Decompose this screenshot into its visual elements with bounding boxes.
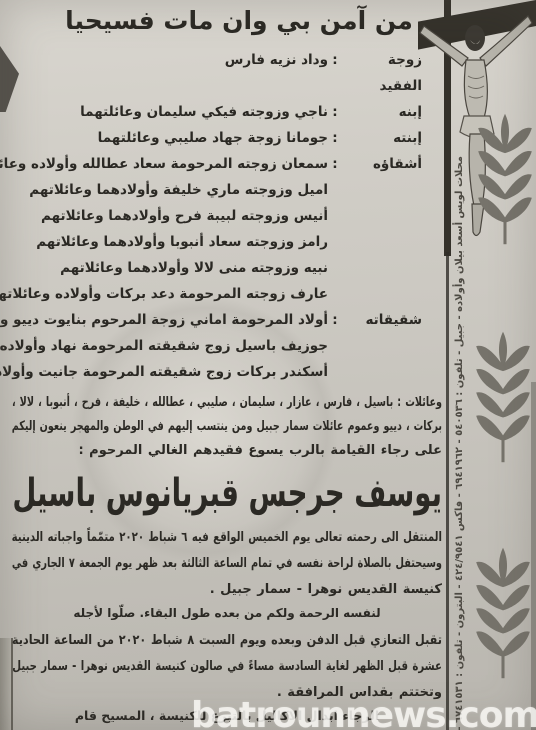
- relative-row: أشقاؤه:سمعان زوجته المرحومة سعاد عطالله …: [12, 151, 422, 177]
- families-paragraph: وعائلات : باسيل ، فارس ، عازار ، سليمان …: [12, 391, 442, 463]
- relative-names: اميل وزوجته ماري خليفة وأولادهما وعائلات…: [12, 177, 328, 203]
- relation-label: [342, 255, 422, 281]
- printer-credit: محلات لويس أسعد بيلان وأولاده - جبيل - ت…: [452, 156, 468, 730]
- relative-names: جوزيف باسيل زوج شقيقته المرحومة نهاد وأو…: [0, 333, 328, 359]
- wheat-ornament-icon: [474, 330, 532, 464]
- relative-row: اميل وزوجته ماري خليفة وأولادهما وعائلات…: [12, 177, 422, 203]
- colon: :: [328, 307, 342, 333]
- families-line: على رجاء القيامة بالرب يسوع فقيدهم الغال…: [12, 439, 442, 463]
- relation-label: إبنته: [342, 125, 422, 151]
- relative-row: زوجة الفقيد:وداد نزيه فارس: [12, 47, 422, 99]
- relation-label: [342, 229, 422, 255]
- watermark: batrounnews.com: [191, 695, 536, 730]
- relative-names: عارف زوجته المرحومة دعد بركات وأولاده وع…: [0, 281, 328, 307]
- colon: [328, 281, 342, 307]
- relative-row: إبنته:جومانا زوجة جهاد صليبي وعائلتهما: [12, 125, 422, 151]
- relative-names: سمعان زوجته المرحومة سعاد عطالله وأولاده…: [0, 151, 328, 177]
- relative-row: أنيس وزوجته لبيبة فرح وأولادهما وعائلاته…: [12, 203, 422, 229]
- colon: :: [328, 151, 342, 177]
- families-line: وعائلات : باسيل ، فارس ، عازار ، سليمان …: [124, 391, 442, 415]
- colon: [328, 177, 342, 203]
- relative-names: أسكندر بركات زوج شقيقته المرحومة جانيت و…: [0, 359, 328, 385]
- relative-names: نبيه وزوجته منى لالا وأولادهما وعائلاتهم: [12, 255, 328, 281]
- relation-label: شقيقاته: [342, 307, 422, 333]
- colon: [328, 333, 342, 359]
- relation-label: [342, 281, 422, 307]
- funeral-paragraph: المنتقل الى رحمته تعالى يوم الخميس الواق…: [12, 525, 442, 603]
- relation-label: إبنه: [342, 99, 422, 125]
- relative-names: أنيس وزوجته لبيبة فرح وأولادهما وعائلاته…: [12, 203, 328, 229]
- relation-label: زوجة الفقيد: [342, 47, 422, 99]
- relative-row: أسكندر بركات زوج شقيقته المرحومة جانيت و…: [12, 359, 422, 385]
- colon: [328, 203, 342, 229]
- relative-names: جومانا زوجة جهاد صليبي وعائلتهما: [12, 125, 328, 151]
- colon: [328, 255, 342, 281]
- relatives-list: زوجة الفقيد:وداد نزيه فارس إبنه:ناجي وزو…: [12, 47, 442, 385]
- blessing-line: لنفسه الرحمة ولكم من بعده طول البقاء. صل…: [12, 604, 442, 623]
- funeral-line: وسيحتفل بالصلاة لراحة نفسه في تمام الساع…: [119, 551, 442, 577]
- obituary-content: من آمن بي وان مات فسيحيا زوجة الفقيد:ودا…: [12, 0, 442, 726]
- margin-divider-line: [446, 252, 449, 730]
- condolences-line: تقبل التعازي قبل الدفن وبعده ويوم السبت …: [70, 628, 442, 654]
- relation-label: [342, 359, 422, 385]
- wheat-ornament-icon: [476, 112, 534, 246]
- relation-label: [342, 333, 422, 359]
- colon: :: [328, 47, 342, 99]
- condolences-line: عشرة قبل الظهر لغاية السادسة مساءً في صا…: [105, 654, 442, 680]
- relative-names: أولاد المرحومة اماني زوجة المرحوم بنايوت…: [0, 307, 328, 333]
- funeral-line: كنيسة القديس نوهرا - سمار جبيل .: [12, 577, 442, 603]
- deceased-name: يوسف جرجس قبريانوس باسيل: [137, 471, 442, 517]
- relative-row: نبيه وزوجته منى لالا وأولادهما وعائلاتهم: [12, 255, 422, 281]
- colon: [328, 229, 342, 255]
- wheat-ornament-icon: [474, 546, 532, 680]
- colon: :: [328, 99, 342, 125]
- scanned-obituary-document: { "title": "من آمن بي وان مات فسيحيا", "…: [0, 0, 536, 730]
- relative-names: وداد نزيه فارس: [12, 47, 328, 99]
- relative-row: جوزيف باسيل زوج شقيقته المرحومة نهاد وأو…: [12, 333, 422, 359]
- colon: :: [328, 125, 342, 151]
- funeral-line: المنتقل الى رحمته تعالى يوم الخميس الواق…: [105, 525, 442, 551]
- colon: [328, 359, 342, 385]
- relative-row: شقيقاته:أولاد المرحومة اماني زوجة المرحو…: [12, 307, 422, 333]
- families-line: بركات ، دييو وعموم عائلات سمار جبيل ومن …: [125, 415, 442, 439]
- relative-row: إبنه:ناجي وزوجته فيكي سليمان وعائلتهما: [12, 99, 422, 125]
- relative-row: عارف زوجته المرحومة دعد بركات وأولاده وع…: [12, 281, 422, 307]
- scripture-title: من آمن بي وان مات فسيحيا: [12, 6, 442, 35]
- relative-row: رامز وزوجته سعاد أنبوبا وأولادهما وعائلا…: [12, 229, 422, 255]
- relative-names: ناجي وزوجته فيكي سليمان وعائلتهما: [12, 99, 328, 125]
- relative-names: رامز وزوجته سعاد أنبوبا وأولادهما وعائلا…: [12, 229, 328, 255]
- relation-label: [342, 203, 422, 229]
- relation-label: [342, 177, 422, 203]
- relation-label: أشقاؤه: [342, 151, 422, 177]
